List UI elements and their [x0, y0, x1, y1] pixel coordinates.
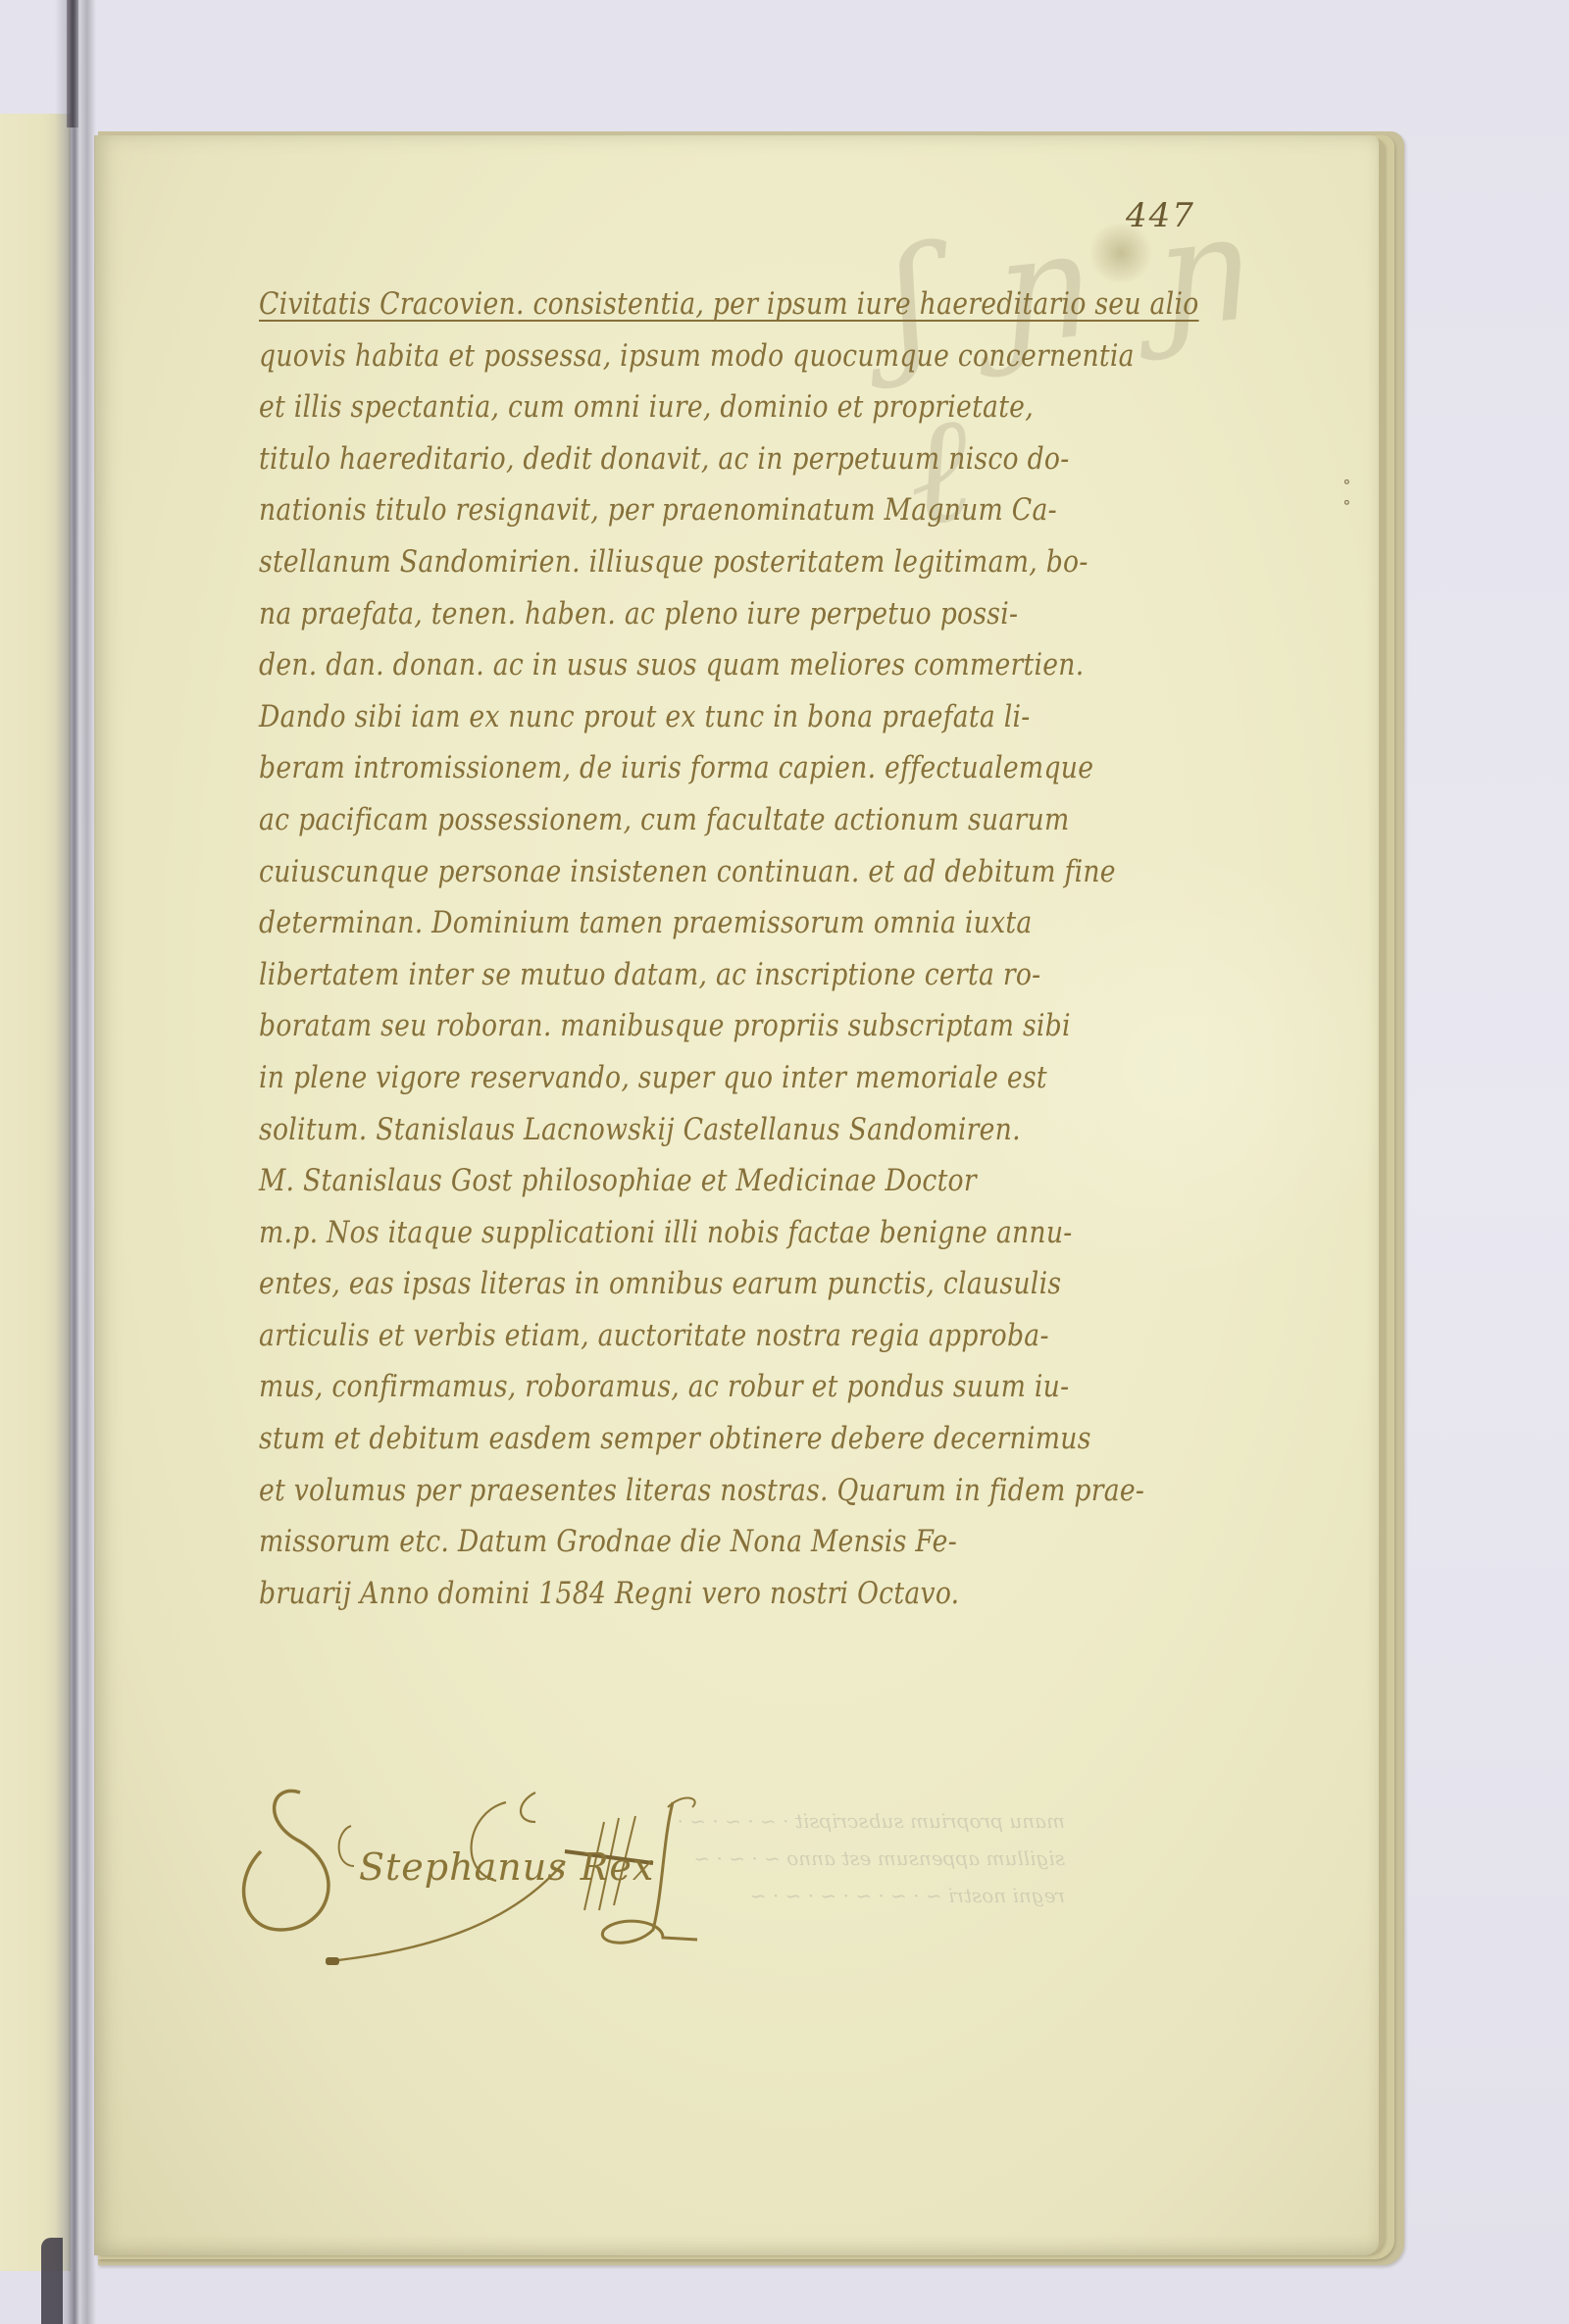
- text-line: libertatem inter se mutuo datam, ac insc…: [259, 949, 1119, 1001]
- binding-shadow: [67, 0, 78, 127]
- text-line: articulis et verbis etiam, auctoritate n…: [259, 1310, 1119, 1362]
- text-line: in plene vigore reservando, super quo in…: [259, 1052, 1119, 1104]
- text-line: mus, confirmamus, roboramus, ac robur et…: [259, 1361, 1119, 1413]
- text-line: quovis habita et possessa, ipsum modo qu…: [259, 330, 1119, 382]
- signature-name: Stephanus Rex: [359, 1845, 654, 1889]
- text-line: nationis titulo resignavit, per praenomi…: [259, 484, 1119, 536]
- text-line: beram intromissionem, de iuris forma cap…: [259, 742, 1119, 794]
- text-line-heading: Civitatis Cracovien. consistentia, per i…: [259, 286, 1199, 322]
- book-gutter: [55, 0, 96, 2324]
- text-line: Civitatis Cracovien. consistentia, per i…: [259, 278, 1119, 330]
- text-line: ac pacificam possessionem, cum facultate…: [259, 794, 1119, 846]
- text-line: stellanum Sandomirien. illiusque posteri…: [259, 536, 1119, 588]
- text-line: boratam seu roboran. manibusque propriis…: [259, 1000, 1119, 1052]
- manuscript-text: Civitatis Cracovien. consistentia, per i…: [259, 278, 1259, 1619]
- text-line: den. dan. donan. ac in usus suos quam me…: [259, 639, 1119, 691]
- text-line: et illis spectantia, cum omni iure, domi…: [259, 381, 1119, 433]
- scan-scene: ʃ ɲ ɲ ℓ manu proprium subscripsit · ~ · …: [0, 0, 1569, 2324]
- text-line: entes, eas ipsas literas in omnibus earu…: [259, 1258, 1119, 1310]
- text-line: missorum etc. Datum Grodnae die Nona Men…: [259, 1516, 1119, 1568]
- text-line: cuiuscunque personae insistenen continua…: [259, 846, 1119, 898]
- text-line: bruarij Anno domini 1584 Regni vero nost…: [259, 1568, 1119, 1620]
- text-line: solitum. Stanislaus Lacnowskij Castellan…: [259, 1104, 1119, 1156]
- manuscript-page: ʃ ɲ ɲ ℓ manu proprium subscripsit · ~ · …: [94, 135, 1379, 2255]
- royal-signature: Stephanus Rex: [241, 1783, 928, 2018]
- margin-marks: ∘ ∘: [1342, 472, 1379, 513]
- text-line: Dando sibi iam ex nunc prout ex tunc in …: [259, 691, 1119, 743]
- text-line: determinan. Dominium tamen praemissorum …: [259, 897, 1119, 949]
- text-line: titulo haereditario, dedit donavit, ac i…: [259, 433, 1119, 485]
- text-line: m.p. Nos itaque supplicationi illi nobis…: [259, 1207, 1119, 1259]
- folio-number: 447: [1126, 196, 1195, 235]
- text-line: stum et debitum easdem semper obtinere d…: [259, 1413, 1119, 1465]
- text-line: na praefata, tenen. haben. ac pleno iure…: [259, 588, 1119, 640]
- text-line: M. Stanislaus Gost philosophiae et Medic…: [259, 1155, 1119, 1207]
- signature-flourish-icon: [241, 1783, 928, 2018]
- binding-shadow: [41, 2238, 63, 2324]
- text-line: et volumus per praesentes literas nostra…: [259, 1465, 1119, 1517]
